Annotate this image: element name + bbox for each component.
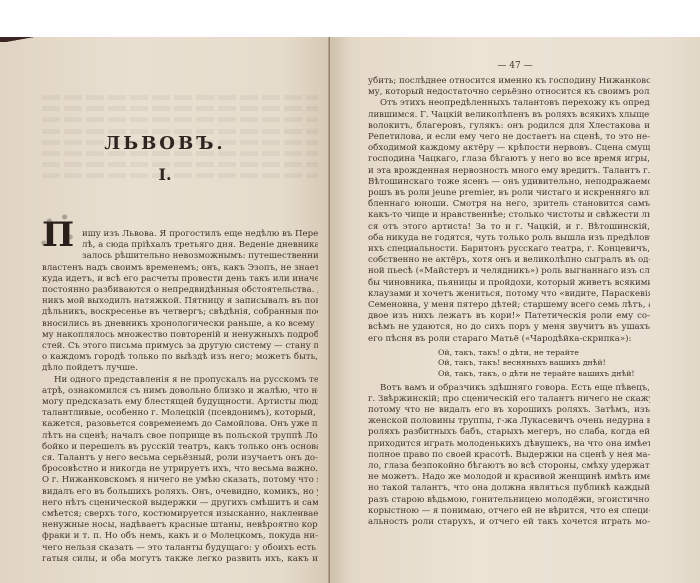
text-line: но такой талантъ, что она должна являтьс… bbox=[368, 483, 650, 494]
text-line: Отъ этихъ неопредѣленныхъ талантовъ пере… bbox=[368, 98, 650, 109]
text-line: убить; послѣднее относится именно къ гос… bbox=[368, 76, 650, 87]
verse-line: Ой, такъ, такъ, о дѣти не терайте вашихъ… bbox=[368, 369, 650, 380]
right-page-body: убить; послѣднее относится именно къ гос… bbox=[368, 76, 650, 528]
paragraph: Отъ этихъ неопредѣленныхъ талантовъ пере… bbox=[368, 98, 650, 344]
text-line: ишу изъ Львова. Я прогостилъ еще недѣлю … bbox=[42, 229, 318, 240]
text-line: женской половины труппы, г-жа Лукасевичъ… bbox=[368, 416, 650, 427]
text-line: залось рѣшительно невозможнымъ: путешест… bbox=[42, 251, 318, 262]
song-quote: Ой, такъ, такъ! о дѣти, не терайте Ой, т… bbox=[368, 348, 650, 380]
paragraph: ишу изъ Львова. Я прогостилъ еще недѣлю … bbox=[42, 229, 318, 375]
text-line: ненужные носы, надѣваетъ красные штаны, … bbox=[42, 520, 318, 531]
text-line: господина Чацкаго, глаза бѣгаютъ у него … bbox=[368, 154, 650, 165]
text-line: полное право по своей красотѣ. Выдержки … bbox=[368, 450, 650, 461]
text-line: г. Звѣржинскій; про сценическій его тала… bbox=[368, 394, 650, 405]
text-line: дѣло пойдетъ лучше. bbox=[42, 363, 318, 374]
left-page-body: ишу изъ Львова. Я прогостилъ еще недѣлю … bbox=[42, 229, 318, 565]
text-line: бленнаго юноши. Смотря на него, зритель … bbox=[368, 199, 650, 210]
text-line: смѣется; сверхъ того, костюмируется изыс… bbox=[42, 509, 318, 520]
text-line: лѣ, а сюда пріѣхалъ третьяго дня. Ведені… bbox=[42, 240, 318, 251]
page-number: — 47 — bbox=[330, 61, 700, 71]
text-line: бойко и перешелъ въ русскій театръ, какъ… bbox=[42, 442, 318, 453]
chapter-number: I. bbox=[0, 165, 330, 184]
text-line: не можетъ. Надо же молодой и красивой же… bbox=[368, 472, 650, 483]
text-line: му накоплялось множество повтореній и не… bbox=[42, 330, 318, 341]
verse-line: Ой, такъ, такъ! о дѣти, не терайте bbox=[368, 348, 650, 359]
text-line: волокитъ, благеровъ, гулякъ: онъ родился… bbox=[368, 121, 650, 132]
text-line: атрѣ, ознакомился съ нимъ довольно близк… bbox=[42, 386, 318, 397]
text-line: о каждомъ городѣ только по выѣздѣ изъ не… bbox=[42, 352, 318, 363]
text-line: Семеновна, у меня пятеро дѣтей; старшему… bbox=[368, 300, 650, 311]
text-line: ся. Талантъ у него весьма серьёзный, рол… bbox=[42, 453, 318, 464]
text-line: лившимся. Г. Чацкій великолѣпенъ въ роля… bbox=[368, 110, 650, 121]
book-cover-corner bbox=[0, 37, 40, 42]
text-line: талантливые, особенно г. Молецкій (псевд… bbox=[42, 408, 318, 419]
text-line: корыстною — я понимаю, отчего ей не вѣри… bbox=[368, 506, 650, 517]
text-line: бы чиновника, пьяницы и пройдохи, которы… bbox=[368, 278, 650, 289]
text-line: видалъ его въ большихъ роляхъ. Онъ, очев… bbox=[42, 487, 318, 498]
paragraph: убить; послѣднее относится именно къ гос… bbox=[368, 76, 650, 98]
text-line: обходимой каждому актёру — крѣпости нерв… bbox=[368, 143, 650, 154]
text-line: дѣльникъ, воскресенье въ четвергъ; свѣдѣ… bbox=[42, 307, 318, 318]
text-line: постоянно разбиваются о непредвидѣнныя о… bbox=[42, 285, 318, 296]
verse-line: Ой, такъ, такъ! весняныхъ вашихъ днѣй! bbox=[368, 358, 650, 369]
text-line: всѣмъ не удаются, но до сихъ поръ у меня… bbox=[368, 322, 650, 333]
text-line: кажется, разовьется современемъ до Самой… bbox=[42, 419, 318, 430]
text-line: рошъ въ роли jeune premier, въ роли чист… bbox=[368, 188, 650, 199]
text-line: стей. Съ этого письма примусь за другую … bbox=[42, 341, 318, 352]
text-line: куда идетъ, и всѣ его расчеты провести д… bbox=[42, 274, 318, 285]
text-line: его пѣсня въ роли стараго Матьё («Чародѣ… bbox=[368, 334, 650, 345]
text-line: ся отъ этого артиста! За то и г. Чацкій,… bbox=[368, 222, 650, 233]
text-line: приходится играть молоденькихъ дѣвушекъ,… bbox=[368, 439, 650, 450]
text-line: двое изъ нихъ лежатъ въ кори!» Патетичес… bbox=[368, 311, 650, 322]
text-line: него нѣтъ сценической выдержки — другихъ… bbox=[42, 498, 318, 509]
left-page: ЛЬВОВЪ. I. П ишу изъ Львова. Я прогостил… bbox=[0, 37, 330, 583]
text-line: властенъ надъ своимъ временемъ; онъ, как… bbox=[42, 263, 318, 274]
text-line: Репетилова, и если ему чего не достаетъ … bbox=[368, 132, 650, 143]
text-line: Вѣтошинскаго тоже ясенъ — онъ удивительн… bbox=[368, 177, 650, 188]
text-line: лѣтъ на сценѣ; началъ свое поприще въ по… bbox=[42, 431, 318, 442]
text-line: О г. Нижанковскомъ я ничего не умѣю сказ… bbox=[42, 475, 318, 486]
text-line: разъ старою вѣдьмою, гонительницею молод… bbox=[368, 495, 650, 506]
text-line: ло, глаза безпокойно бѣгаютъ во всѣ стор… bbox=[368, 461, 650, 472]
text-line: гатыя силы, и оба могутъ также легко раз… bbox=[42, 554, 318, 565]
text-line: клаузами и хочетъ жениться, потому что «… bbox=[368, 289, 650, 300]
text-line: роляхъ разбитныхъ бабъ, старыхъ мегеръ, … bbox=[368, 427, 650, 438]
text-line: и эта врожденная нервозность много ему в… bbox=[368, 166, 650, 177]
text-line: чего нельзя сказать — это таланты будуща… bbox=[42, 543, 318, 554]
chapter-title: ЛЬВОВЪ. bbox=[0, 133, 330, 154]
text-line: вносились въ дневникъ хронологически ран… bbox=[42, 319, 318, 330]
text-line: альность роли старухъ, и отчего ей такъ … bbox=[368, 517, 650, 528]
text-line: какъ-то чище и нравственнѣе; столько чис… bbox=[368, 210, 650, 221]
right-page: — 47 — убить; послѣднее относится именно… bbox=[330, 37, 700, 583]
text-line: му, который недостаточно серьёзно относи… bbox=[368, 87, 650, 98]
paragraph: Вотъ вамъ и образчикъ здѣшняго говора. Е… bbox=[368, 383, 650, 529]
text-line: бросовѣстно и никогда не утрируетъ ихъ, … bbox=[42, 464, 318, 475]
text-line: никъ мой выходилъ натяжкой. Пятницу я за… bbox=[42, 296, 318, 307]
text-line: могу предсказать ему блестящей будущност… bbox=[42, 397, 318, 408]
text-line: Вотъ вамъ и образчикъ здѣшняго говора. Е… bbox=[368, 383, 650, 394]
text-line: ной пьесѣ («Майстеръ и челядникъ») роль … bbox=[368, 266, 650, 277]
text-line: собственно не актёръ, хотя онъ и великол… bbox=[368, 255, 650, 266]
book-spread: ЛЬВОВЪ. I. П ишу изъ Львова. Я прогостил… bbox=[0, 37, 700, 583]
text-line: Ни одного представленія я не пропускалъ … bbox=[42, 375, 318, 386]
text-line: оба никуда не годятся, чуть только роль … bbox=[368, 233, 650, 244]
text-line: ихъ специальности. Баритонъ русскаго теа… bbox=[368, 244, 650, 255]
text-line: потому что не видалъ его въ хорошихъ рол… bbox=[368, 405, 650, 416]
text-line: фраки и т. п. Но объ немъ, какъ и о Моле… bbox=[42, 531, 318, 542]
paragraph: Ни одного представленія я не пропускалъ … bbox=[42, 375, 318, 565]
